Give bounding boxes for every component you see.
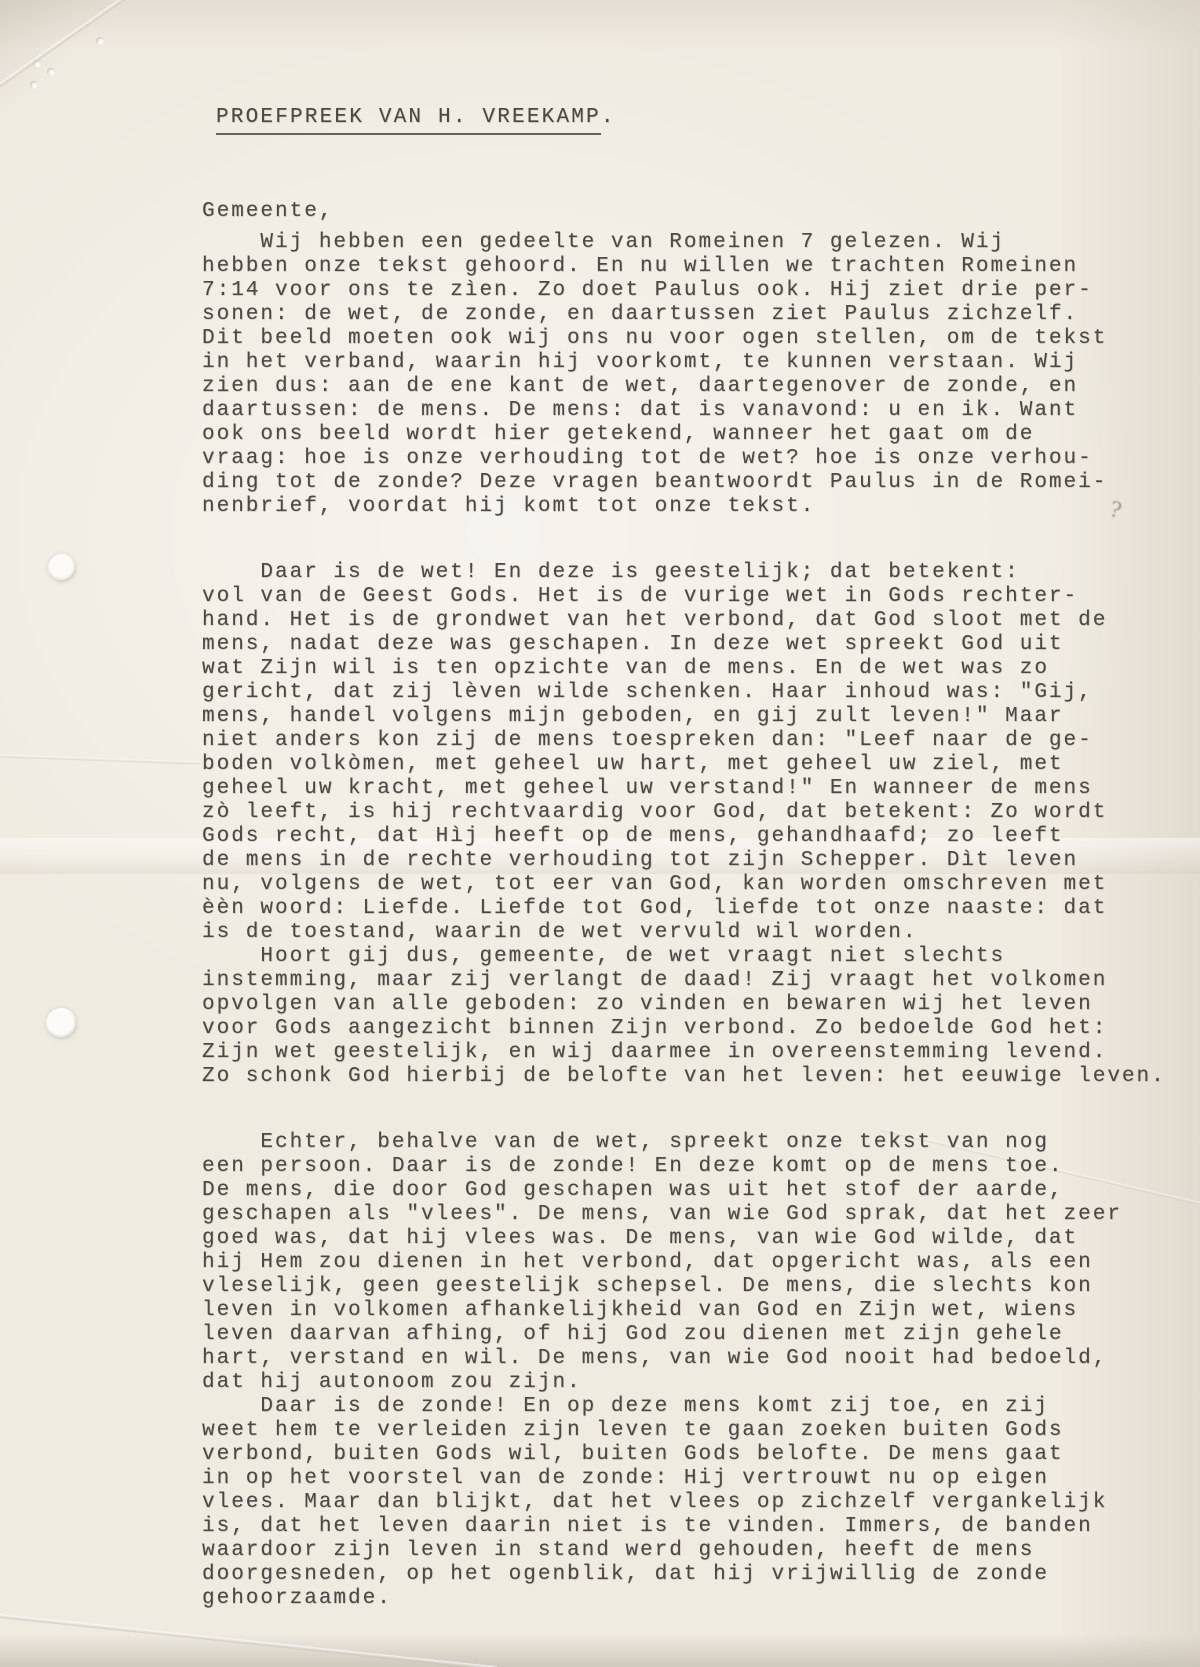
typewritten-text: PROEFPREEK VAN H. VREEKAMP. Gemeente, Wi… xyxy=(202,106,1200,1611)
text-line: is, dat het leven daarin niet is te vind… xyxy=(202,1515,1200,1539)
text-line: dat hij autonoom zou zijn. xyxy=(202,1371,1200,1395)
document-page: ? PROEFPREEK VAN H. VREEKAMP. Gemeente, … xyxy=(0,0,1200,1667)
text-line: geheel uw kracht, met geheel uw verstand… xyxy=(202,777,1200,801)
text-line: niet anders kon zij de mens toespreken d… xyxy=(202,729,1200,753)
text-line: opvolgen van alle geboden: zo vinden en … xyxy=(202,993,1200,1017)
text-line: Wij hebben een gedeelte van Romeinen 7 g… xyxy=(202,231,1200,255)
text-line: zien dus: aan de ene kant de wet, daarte… xyxy=(202,375,1200,399)
text-line: vlees. Maar dan blijkt, dat het vlees op… xyxy=(202,1491,1200,1515)
text-line: wat Zijn wil is ten opzichte van de mens… xyxy=(202,657,1200,681)
text-line: boden volkòmen, met geheel uw hart, met … xyxy=(202,753,1200,777)
staple-dent xyxy=(47,68,55,76)
staple-dent xyxy=(30,81,38,89)
punch-hole xyxy=(46,1008,77,1039)
text-line: daartussen: de mens. De mens: dat is van… xyxy=(202,399,1200,423)
text-line: hart, verstand en wil. De mens, van wie … xyxy=(202,1347,1200,1371)
paper-crease xyxy=(0,0,160,108)
text-line: waardoor zijn leven in stand werd gehoud… xyxy=(202,1539,1200,1563)
text-line: Dit beeld moeten ook wij ons nu voor oge… xyxy=(202,327,1200,351)
text-line: doorgesneden, op het ogenblik, dat hij v… xyxy=(202,1563,1200,1587)
text-line: instemming, maar zij verlangt de daad! Z… xyxy=(202,969,1200,993)
text-line: vleselijk, geen geestelijk schepsel. De … xyxy=(202,1275,1200,1299)
text-line: verbond, buiten Gods wil, buiten Gods be… xyxy=(202,1443,1200,1467)
document-title: PROEFPREEK VAN H. VREEKAMP. xyxy=(216,106,1200,130)
text-line: nenbrief, voordat hij komt tot onze teks… xyxy=(202,495,1200,519)
text-line: Zo schonk God hierbij de belofte van het… xyxy=(202,1065,1200,1089)
text-line: goed was, dat hij vlees was. De mens, va… xyxy=(202,1227,1200,1251)
document-title-text: PROEFPREEK VAN H. VREEKAMP xyxy=(216,106,601,135)
paragraph-2: Daar is de wet! En deze is geestelijk; d… xyxy=(202,561,1200,1089)
text-line: mens, handel volgens mijn geboden, en gi… xyxy=(202,705,1200,729)
text-line: leven in volkomen afhankelijkheid van Go… xyxy=(202,1299,1200,1323)
text-line: Hoort gij dus, gemeente, de wet vraagt n… xyxy=(202,945,1200,969)
text-line: Gods recht, dat Hìj heeft op de mens, ge… xyxy=(202,825,1200,849)
text-line: Zijn wet geestelijk, en wij daarmee in o… xyxy=(202,1041,1200,1065)
text-line: De mens, die door God geschapen was uit … xyxy=(202,1179,1200,1203)
text-line: vraag: hoe is onze verhouding tot de wet… xyxy=(202,447,1200,471)
text-line: gehoorzaamde. xyxy=(202,1587,1200,1611)
text-line: Daar is de zonde! En op deze mens komt z… xyxy=(202,1395,1200,1419)
text-line: hand. Het is de grondwet van het verbond… xyxy=(202,609,1200,633)
text-line: sonen: de wet, de zonde, en daartussen z… xyxy=(202,303,1200,327)
text-line: een persoon. Daar is de zonde! En deze k… xyxy=(202,1155,1200,1179)
text-line: leven daarvan afhing, of hij God zou die… xyxy=(202,1323,1200,1347)
text-line: hij Hem zou dienen in het verbond, dat o… xyxy=(202,1251,1200,1275)
text-line: in op het voorstel van de zonde: Hij ver… xyxy=(202,1467,1200,1491)
text-line: èèn woord: Liefde. Liefde tot God, liefd… xyxy=(202,897,1200,921)
text-line: weet hem te verleiden zijn leven te gaan… xyxy=(202,1419,1200,1443)
salutation: Gemeente, xyxy=(202,200,1200,224)
text-line: geschapen als "vlees". De mens, van wie … xyxy=(202,1203,1200,1227)
paper-crease xyxy=(0,1612,497,1667)
text-line: mens, nadat deze was geschapen. In deze … xyxy=(202,633,1200,657)
text-line: Echter, behalve van de wet, spreekt onze… xyxy=(202,1131,1200,1155)
paper-corner-shade xyxy=(0,0,170,130)
paper-crease xyxy=(0,755,200,765)
text-line: Daar is de wet! En deze is geestelijk; d… xyxy=(202,561,1200,585)
text-line: ding tot de zonde? Deze vragen beantwoor… xyxy=(202,471,1200,495)
paragraph-1: Wij hebben een gedeelte van Romeinen 7 g… xyxy=(202,231,1200,519)
paragraph-3: Echter, behalve van de wet, spreekt onze… xyxy=(202,1131,1200,1611)
staple-dent xyxy=(33,60,41,68)
text-line: is de toestand, waarin de wet vervuld wi… xyxy=(202,921,1200,945)
document-title-period: . xyxy=(601,106,616,129)
text-line: nu, volgens de wet, tot eer van God, kan… xyxy=(202,873,1200,897)
text-line: zò leeft, is hij rechtvaardig voor God, … xyxy=(202,801,1200,825)
text-line: voor Gods aangezicht binnen Zijn verbond… xyxy=(202,1017,1200,1041)
text-line: in het verband, waarin hij voorkomt, te … xyxy=(202,351,1200,375)
text-line: 7:14 voor ons te zìen. Zo doet Paulus oo… xyxy=(202,279,1200,303)
text-line: de mens in de rechte verhouding tot zijn… xyxy=(202,849,1200,873)
staple-dent xyxy=(96,37,104,45)
text-line: gericht, dat zij lèven wilde schenken. H… xyxy=(202,681,1200,705)
text-line: ook ons beeld wordt hier getekend, wanne… xyxy=(202,423,1200,447)
text-line: vol van de Geest Gods. Het is de vurige … xyxy=(202,585,1200,609)
punch-hole xyxy=(48,554,76,582)
text-line: hebben onze tekst gehoord. En nu willen … xyxy=(202,255,1200,279)
